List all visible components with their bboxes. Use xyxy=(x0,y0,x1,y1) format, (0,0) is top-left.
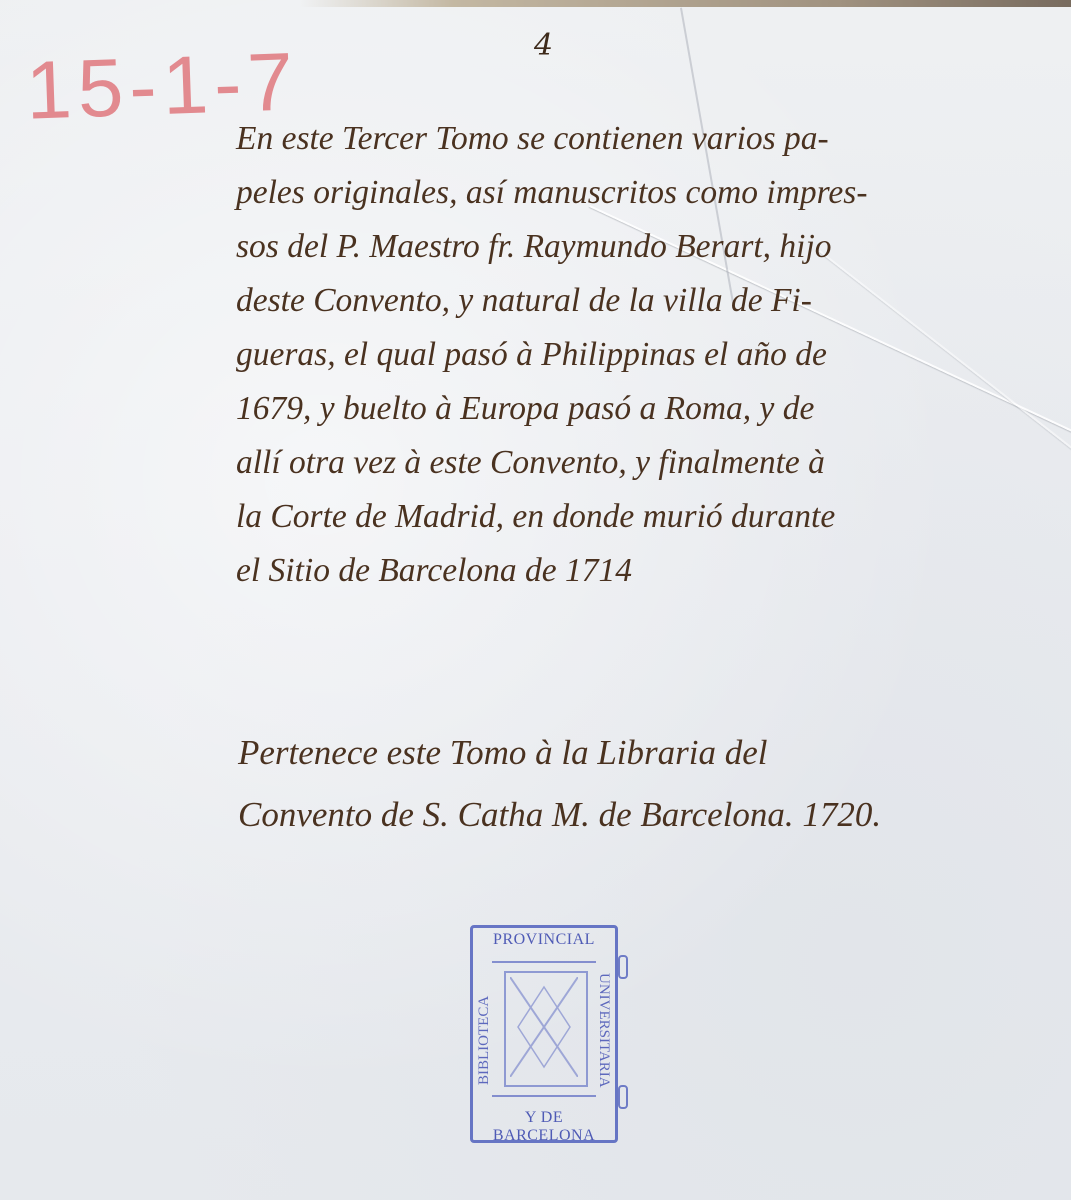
text-line: el Sitio de Barcelona de 1714 xyxy=(236,544,916,598)
main-text-block: En este Tercer Tomo se contienen varios … xyxy=(236,112,916,598)
stamp-clasp-icon xyxy=(618,1085,628,1109)
stamp-divider xyxy=(492,961,596,963)
stamp-left-text: BIBLIOTECA xyxy=(476,996,493,1085)
stamp-divider xyxy=(492,1095,596,1097)
stamp-top-text: PROVINCIAL xyxy=(482,931,606,949)
binding-edge xyxy=(300,0,1071,7)
library-stamp: PROVINCIAL BIBLIOTECA UNIVERSITARIA Y DE… xyxy=(470,925,628,1147)
text-line: 1679, y buelto à Europa pasó a Roma, y d… xyxy=(236,382,916,436)
folio-number: 4 xyxy=(534,28,553,63)
text-line: peles originales, así manuscritos como i… xyxy=(236,166,916,220)
text-line: Pertenece este Tomo à la Libraria del xyxy=(238,722,881,784)
text-line: gueras, el qual pasó à Philippinas el añ… xyxy=(236,328,916,382)
stamp-clasp-icon xyxy=(618,955,628,979)
text-line: allí otra vez à este Convento, y finalme… xyxy=(236,436,916,490)
text-line: Convento de S. Catha M. de Barcelona. 17… xyxy=(238,784,881,846)
stamp-emblem-icon xyxy=(510,977,578,1077)
text-line: la Corte de Madrid, en donde murió duran… xyxy=(236,490,916,544)
text-line: deste Convento, y natural de la villa de… xyxy=(236,274,916,328)
text-line: sos del P. Maestro fr. Raymundo Berart, … xyxy=(236,220,916,274)
text-line: En este Tercer Tomo se contienen varios … xyxy=(236,112,916,166)
manuscript-page: 4 15-1-7 En este Tercer Tomo se contiene… xyxy=(0,0,1071,1200)
stamp-bottom-text: Y DE BARCELONA xyxy=(482,1109,606,1145)
ownership-note: Pertenece este Tomo à la Libraria del Co… xyxy=(238,722,881,846)
stamp-right-text: UNIVERSITARIA xyxy=(595,973,612,1088)
